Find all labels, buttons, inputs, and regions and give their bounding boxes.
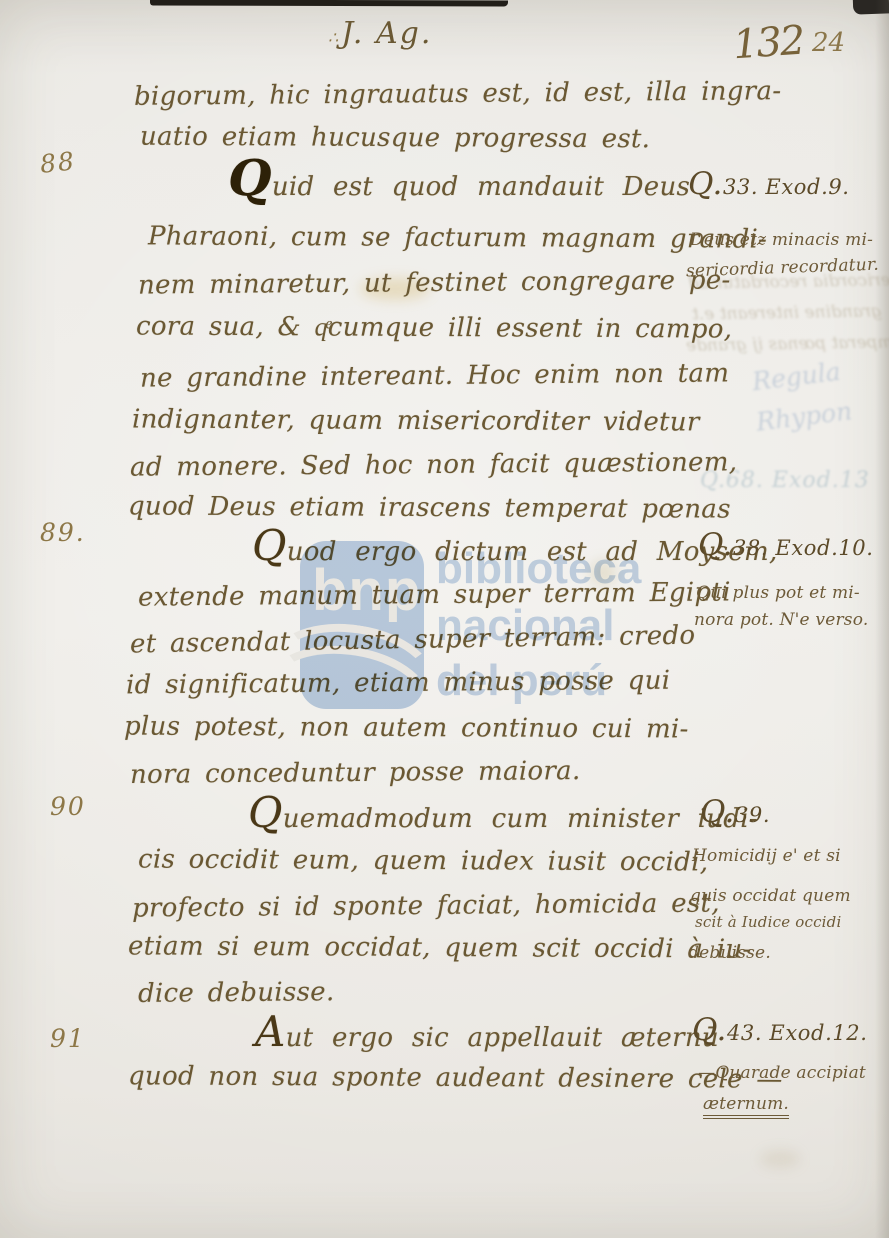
text-line: extende manum tuam super terram Egipti [138, 574, 731, 615]
text-line: etiam si eum occidat, quem scit occidi à… [128, 928, 752, 967]
page-right-edge-shadow [875, 0, 889, 1238]
text-line: quod non sua sponte audeant desinere cel… [128, 1058, 783, 1097]
margin-note-line: Qui plus pot et mi- [696, 583, 860, 603]
margin-reference: Q.33. Exod.9. [688, 166, 850, 202]
margin-paragraph-number: 91 [50, 1024, 86, 1053]
text-line: nora conceduntur posse maiora. [130, 753, 581, 793]
margin-note-line: scit à Iudice occidi [695, 913, 841, 931]
text-line: indignanter, quam misericorditer videtur [132, 402, 700, 441]
margin-note-line: debuisse. [688, 943, 771, 963]
bleed-through-blue-text: Rhypon [755, 396, 854, 437]
margin-note-line: quis occidat quem [690, 886, 851, 906]
page-top-edge [150, 0, 508, 6]
manuscript-scan-page: sericordia recordatur ad grandine intere… [0, 0, 889, 1238]
text-line: ad monere. Sed hoc non facit quæstionem, [130, 444, 738, 485]
margin-paragraph-number: 90 [50, 792, 86, 821]
margin-note-line: —Quarade accipiat [698, 1063, 866, 1083]
text-line: cis occidit eum, quem iudex iusit occidi… [138, 842, 709, 881]
page-header-title: ∴J. Ag. [328, 16, 432, 51]
text-line: bigorum, hic ingrauatus est, id est, ill… [134, 73, 782, 115]
text-line: Aut ergo sic appellauit æternū [255, 1014, 719, 1056]
bleed-through-blue-text: Regula [751, 357, 842, 397]
margin-note-line: æternum. [703, 1094, 789, 1119]
text-line: et ascendat locusta super terram: credo [130, 618, 696, 663]
margin-paragraph-number: 89. [40, 518, 86, 547]
margin-reference: Q.38. Exod.10. [698, 527, 874, 563]
margin-reference: Q.43. Exod.12. [692, 1012, 868, 1048]
header-flourish: ∴ [328, 28, 337, 47]
header-title-text: J. Ag. [341, 16, 432, 51]
page-number: 24 [812, 28, 845, 58]
text-line: quod Deus etiam irascens temperat pœnas [128, 488, 731, 527]
margin-note-line: nora pot. N'e verso. [694, 610, 868, 630]
text-line: Quid est quod mandauit Deus [228, 160, 690, 205]
margin-note-line: Homicidij e' et si [692, 846, 841, 866]
text-line: ne grandine intereant. Hoc enim non tam [140, 355, 730, 396]
text-line: cora sua, & qͤcumque illi essent in camp… [136, 308, 732, 347]
text-line: Quemadmodum cum minister iudi- [248, 795, 758, 837]
text-line: uatio etiam hucusque progressa est. [140, 119, 650, 158]
text-line: id significatum, etiam minus posse qui [126, 663, 671, 704]
text-line: dice debuisse. [138, 974, 335, 1012]
text-line: Pharaoni, cum se facturum magnam grandi- [148, 218, 767, 257]
margin-note-line: sericordia recordatur. [686, 255, 880, 282]
folio-number: 132 [731, 18, 804, 69]
text-line: profecto si id sponte faciat, homicida e… [132, 885, 720, 926]
margin-reference: Q.39. [700, 794, 770, 830]
margin-note-line: Deus etz minacis mi- [690, 230, 873, 250]
text-line: plus potest, non autem continuo cui mi- [124, 709, 689, 748]
text-line: nem minaretur, ut festinet congregare pe… [138, 262, 731, 303]
margin-paragraph-number: 88 [39, 146, 78, 179]
paper-stain [760, 1150, 800, 1168]
